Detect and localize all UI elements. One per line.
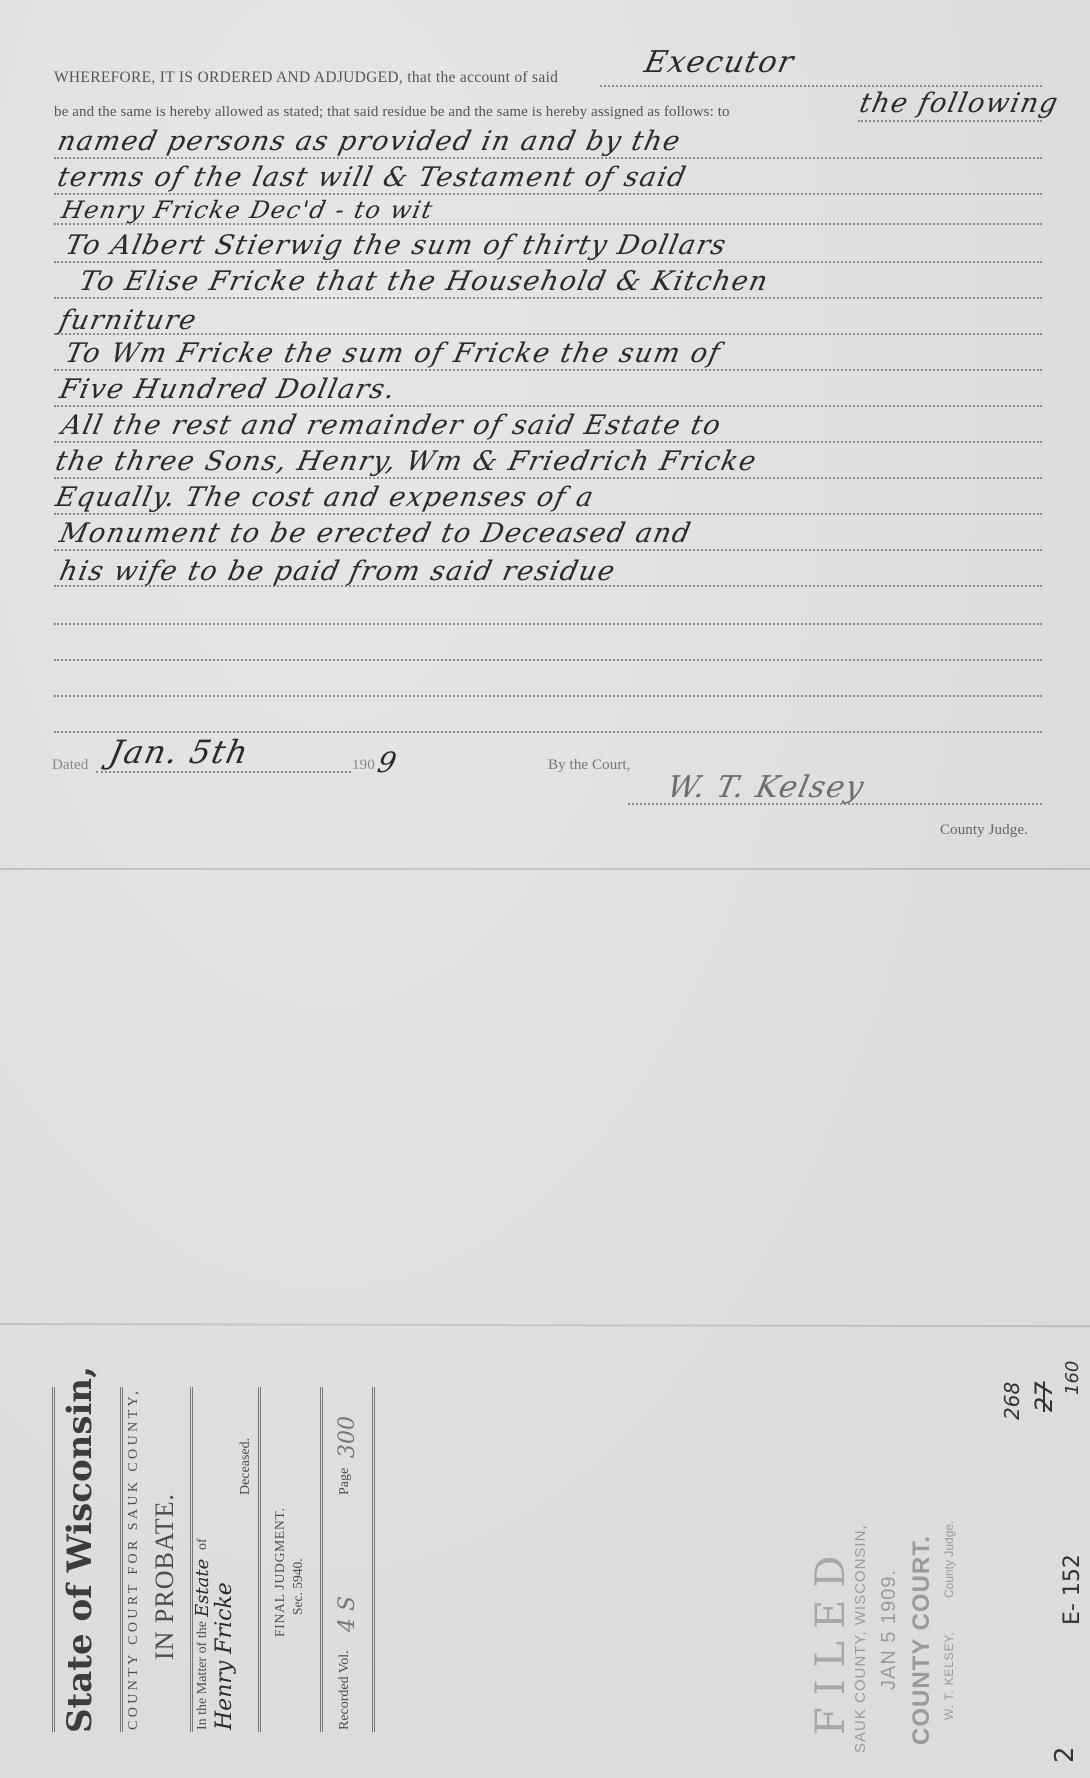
hand-body-line-8: Five Hundred Dollars. — [57, 374, 399, 405]
hand-body-line-11: Equally. The cost and expenses of a — [53, 482, 598, 513]
docket-page-hand: 300 — [335, 1416, 360, 1458]
by-the-court-label: By the Court, — [548, 757, 631, 774]
docket-judgment-title: FINAL JUDGMENT. — [272, 1507, 288, 1637]
docket-rule — [52, 1387, 55, 1732]
docket-rule — [372, 1387, 375, 1732]
stamp-judge-title: County Judge. — [942, 1521, 956, 1598]
rule-line — [54, 157, 1042, 159]
rule-line — [54, 623, 1042, 625]
margin-number-c: 160 — [1062, 1361, 1083, 1395]
fold-line-upper — [0, 868, 1090, 870]
hand-body-line-5: To Elise Fricke that the Household & Kit… — [77, 266, 772, 297]
printed-clause-ordered: WHEREFORE, IT IS ORDERED AND ADJUDGED, t… — [54, 69, 558, 87]
rule-line — [54, 441, 1042, 443]
hand-body-line-7: To Wm Fricke the sum of Fricke the sum o… — [63, 338, 724, 369]
fill-line-1 — [600, 85, 1042, 87]
docket-matter-of: of — [195, 1538, 211, 1550]
docket-state-heading: State of Wisconsin, — [60, 1366, 100, 1733]
margin-file-ref: E- 152 — [1060, 1554, 1085, 1625]
rule-line — [54, 659, 1042, 661]
hand-body-line-1: named persons as provided in and by the — [55, 126, 684, 157]
rule-line — [54, 333, 1042, 335]
rule-line — [54, 405, 1042, 407]
docket-deceased-label: Deceased. — [238, 1438, 254, 1495]
docket-decedent-hand: Henry Fricke — [212, 1582, 237, 1730]
year-prefix: 190 — [352, 757, 375, 774]
docket-panel: State of Wisconsin, COUNTY COURT FOR SAU… — [52, 1385, 437, 1765]
docket-recorded-vol-label: Recorded Vol. — [337, 1650, 353, 1730]
stamp-filed: FILED — [808, 1544, 854, 1735]
printed-clause-allowed: be and the same is hereby allowed as sta… — [54, 104, 730, 121]
hand-body-line-6: furniture — [57, 305, 201, 336]
hand-body-line-9: All the rest and remainder of said Estat… — [59, 410, 725, 441]
rule-line — [54, 193, 1042, 195]
stamp-date: JAN 5 1909. — [878, 1569, 901, 1690]
docket-rule — [120, 1387, 123, 1732]
hand-body-line-2: terms of the last will & Testament of sa… — [55, 162, 690, 193]
dated-fill-line — [96, 771, 351, 773]
hand-body-line-13: his wife to be paid from said residue — [57, 556, 619, 587]
docket-matter-prefix: In the Matter of the — [195, 1621, 211, 1730]
stamp-judge: W. T. KELSEY, — [942, 1631, 956, 1720]
rule-line — [54, 297, 1042, 299]
rule-line — [54, 549, 1042, 551]
fill-line-2 — [858, 120, 1042, 122]
docket-page-label: Page — [337, 1468, 353, 1495]
hand-executor: Executor — [641, 45, 798, 80]
docket-section: Sec. 5940. — [290, 1558, 306, 1615]
docket-rule — [320, 1387, 323, 1732]
hand-body-line-10: the three Sons, Henry, Wm & Friedrich Fr… — [53, 446, 760, 477]
stamp-county: SAUK COUNTY, WISCONSIN, — [852, 1524, 869, 1753]
document-page: WHEREFORE, IT IS ORDERED AND ADJUDGED, t… — [0, 0, 1090, 1778]
judge-title: County Judge. — [940, 822, 1028, 839]
rule-line — [54, 695, 1042, 697]
rule-line — [54, 369, 1042, 371]
judge-signature: W. T. Kelsey — [664, 770, 868, 805]
hand-body-line-12: Monument to be erected to Deceased and — [57, 518, 695, 549]
hand-body-line-4: To Albert Stierwig the sum of thirty Dol… — [63, 230, 730, 261]
stamp-court: COUNTY COURT. — [908, 1535, 936, 1745]
margin-number-a: 268 — [1000, 1382, 1024, 1420]
dated-label: Dated — [52, 757, 88, 774]
margin-page-mark: 2 — [1050, 1746, 1080, 1763]
rule-line — [54, 261, 1042, 263]
margin-number-b: 27 — [1030, 1381, 1058, 1412]
hand-dated: Jan. 5th — [106, 733, 253, 771]
rule-line — [54, 477, 1042, 479]
hand-body-line-3: Henry Fricke Dec'd - to wit — [59, 196, 436, 224]
docket-recorded-vol-hand: 4 S — [335, 1596, 360, 1632]
docket-matter-hand: Estate — [192, 1559, 213, 1617]
docket-in-probate: IN PROBATE. — [150, 1493, 180, 1660]
docket-rule — [258, 1387, 261, 1732]
hand-year: 9 — [374, 746, 400, 779]
hand-the-following: the following — [857, 88, 1062, 119]
rule-line — [54, 513, 1042, 515]
docket-court: COUNTY COURT FOR SAUK COUNTY, — [126, 1388, 142, 1730]
fold-line-lower — [0, 1323, 1090, 1327]
